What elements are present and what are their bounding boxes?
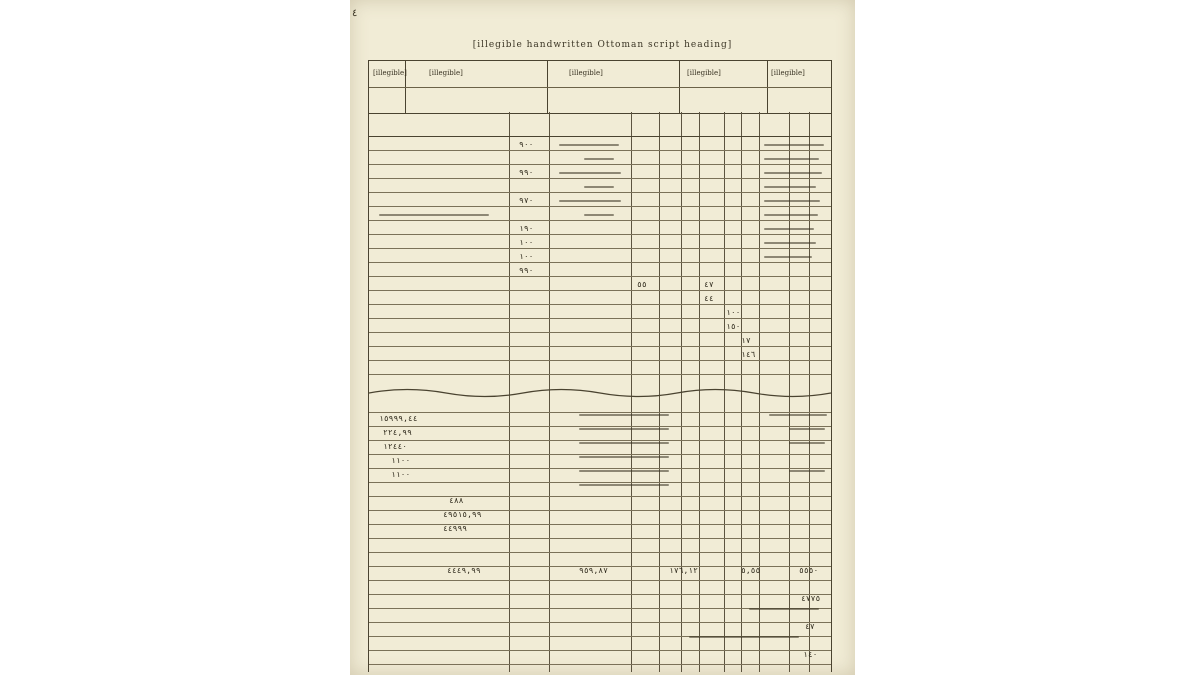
amount-cell: ١٩٠ bbox=[519, 224, 533, 233]
amount-cell: ٩٧٠ bbox=[519, 196, 533, 205]
ledger-value: ١٢٤٤٠ bbox=[383, 442, 407, 451]
ledger-grid: ٩٠٠ ٩٩٠ ٩٧٠ ١٩٠ ١٠٠ ١٠٠ ٩٩٠ ٤٧ ٥٥ ٤٤ ١٠٠… bbox=[368, 112, 832, 672]
wavy-divider bbox=[369, 384, 831, 398]
total-value: ٤٩٥١٥,٩٩ bbox=[443, 510, 482, 519]
summary-value: ٤٤٤٩,٩٩ bbox=[447, 566, 481, 575]
header-box: [illegible] bbox=[429, 69, 463, 77]
header-box: [illegible] bbox=[771, 69, 805, 77]
summary-value: ٥٥٥٠ bbox=[799, 566, 818, 575]
summary-value: ١٧٦,١٢ bbox=[669, 566, 698, 575]
amount-cell: ٩٩٠ bbox=[519, 168, 533, 177]
total-value: ٤٨٨ bbox=[449, 496, 463, 505]
amount-cell: ٩٩٠ bbox=[519, 266, 533, 275]
subtotal-cell: ١٧ bbox=[741, 336, 751, 345]
page-marker: ٤ bbox=[352, 8, 357, 19]
subtotal-cell: ١٥٠ bbox=[726, 322, 740, 331]
document-title: [illegible handwritten Ottoman script he… bbox=[350, 40, 855, 50]
summary-value: ٥,٥٥ bbox=[741, 566, 760, 575]
header-box: [illegible] bbox=[687, 69, 721, 77]
margin-value: ١٤٠ bbox=[803, 650, 817, 659]
amount-cell: ١٠٠ bbox=[519, 238, 533, 247]
amount-cell: ٩٠٠ bbox=[519, 140, 533, 149]
subtotal-cell: ١٤٦ bbox=[741, 350, 755, 359]
subtotal-cell: ٥٥ bbox=[637, 280, 647, 289]
subtotal-cell: ٤٤ bbox=[704, 294, 714, 303]
amount-cell: ١٠٠ bbox=[519, 252, 533, 261]
header-box: [illegible] bbox=[373, 69, 407, 77]
subtotal-cell: ١٠٠ bbox=[726, 308, 740, 317]
ledger-page: ٤ [illegible handwritten Ottoman script … bbox=[350, 0, 855, 675]
total-value: ٤٤٩٩٩ bbox=[443, 524, 467, 533]
subtotal-cell: ٤٧ bbox=[704, 280, 714, 289]
summary-value: ٩٥٩,٨٧ bbox=[579, 566, 608, 575]
ledger-value: ٢٢٤,٩٩ bbox=[383, 428, 412, 437]
ledger-value: ١١٠٠ bbox=[391, 470, 410, 479]
header-box: [illegible] bbox=[569, 69, 603, 77]
ledger-value: ١٥٩٩٩,٤٤ bbox=[379, 414, 418, 423]
margin-value: ٤٧٧٥ bbox=[801, 594, 820, 603]
margin-value: ٤٧ bbox=[805, 622, 815, 631]
header-box-row: [illegible] [illegible] [illegible] [ill… bbox=[368, 60, 832, 114]
ledger-value: ١١٠٠ bbox=[391, 456, 410, 465]
